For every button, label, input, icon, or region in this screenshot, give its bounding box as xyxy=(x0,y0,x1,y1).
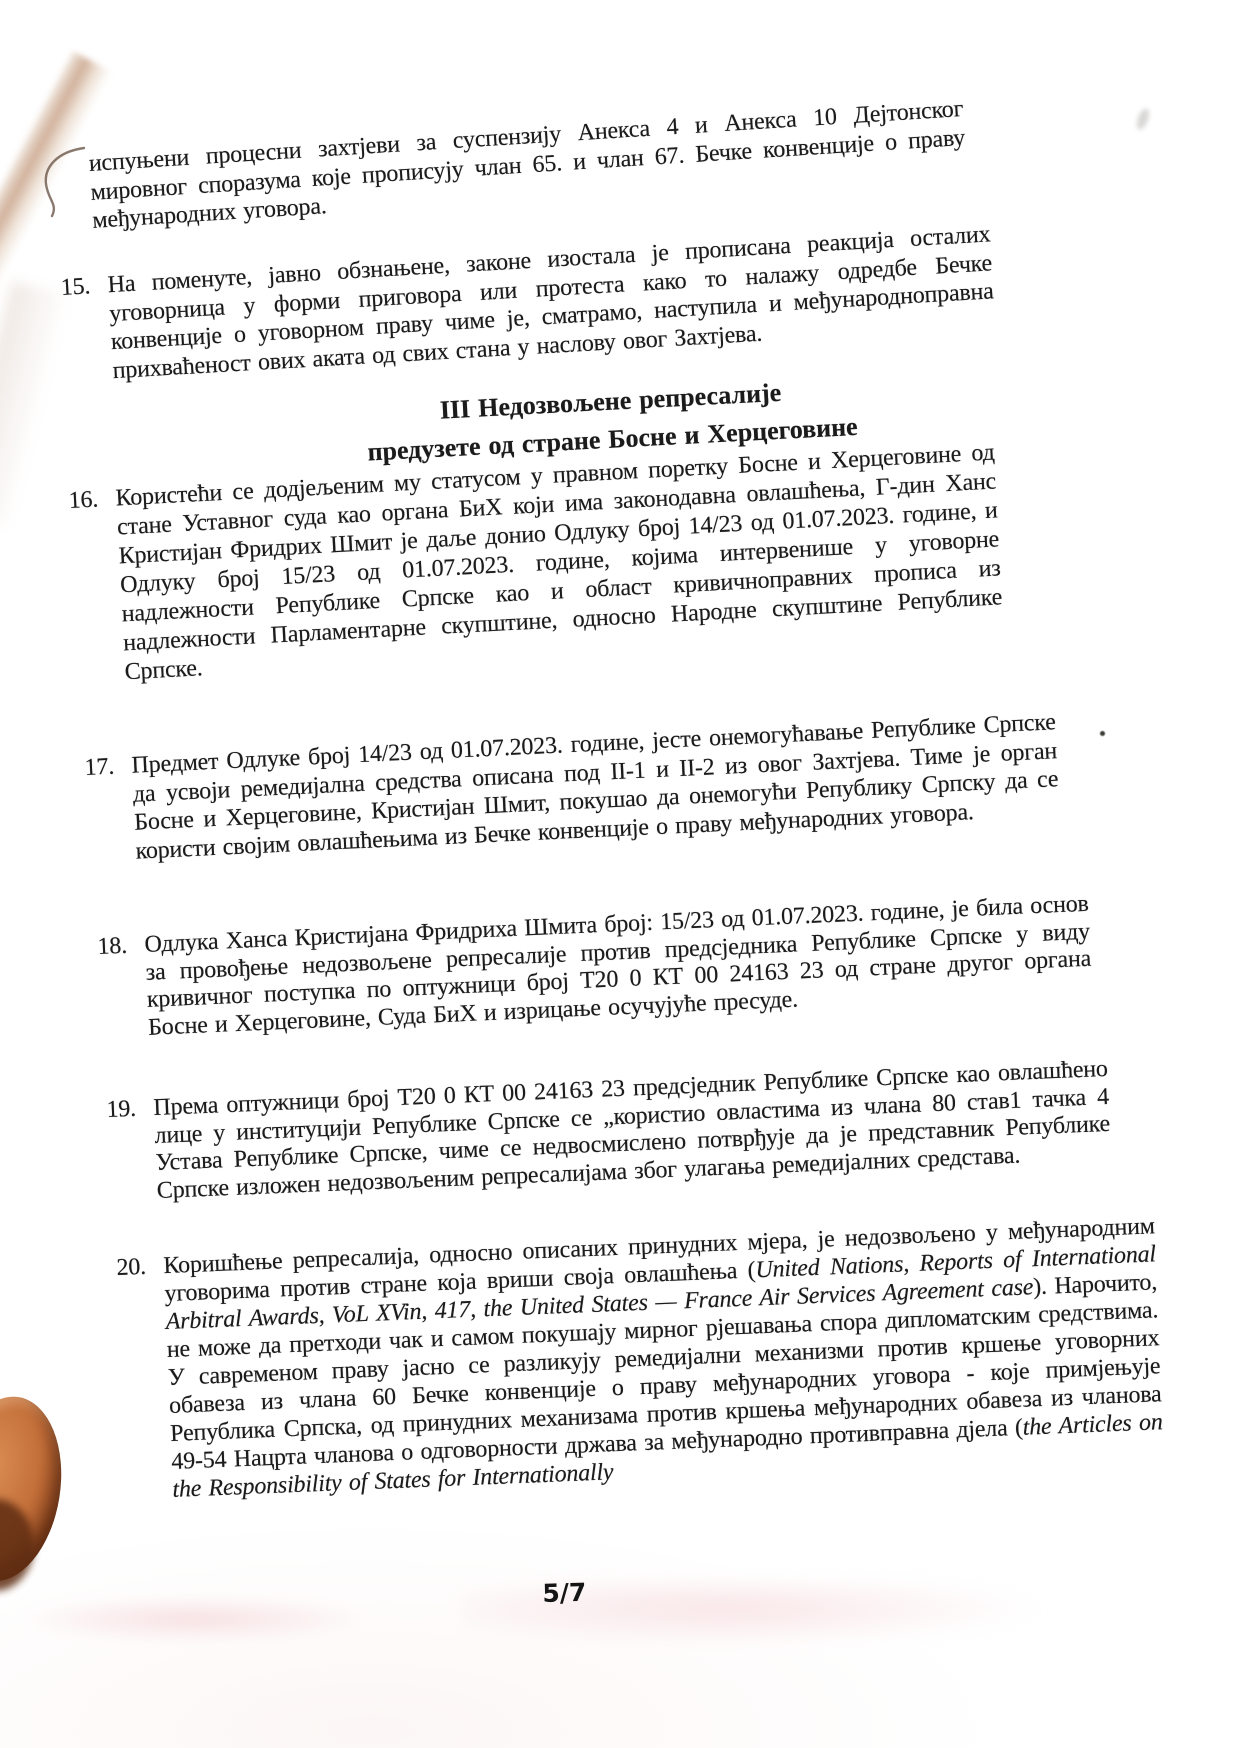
page-fold-shadow-artifact xyxy=(0,281,70,528)
ink-dot-artifact xyxy=(1100,731,1105,736)
paragraph-number: 18. xyxy=(97,932,145,962)
paragraph-text: Користећи се додјељеним му статусом у пр… xyxy=(115,439,1003,685)
page-number: 5/7 xyxy=(542,1579,587,1609)
scan-smudge-artifact xyxy=(1135,107,1152,131)
paragraph-number: 15. xyxy=(60,271,109,302)
paragraph-number: 20. xyxy=(116,1252,164,1282)
paragraph-text: Одлука Ханса Кристијана Фридриха Шмита б… xyxy=(144,891,1092,1041)
pink-smudge-artifact xyxy=(28,1598,358,1640)
paragraph-text: Предмет Одлуке број 14/23 од 01.07.2023.… xyxy=(131,709,1059,864)
paragraph-15: 15.На поменуте, јавно обзнањене, законе … xyxy=(60,220,996,387)
paragraph-text: Према оптужници број Т20 0 КТ 00 24163 2… xyxy=(153,1056,1111,1204)
paragraph-number: 19. xyxy=(106,1095,154,1124)
paragraph-text: На поменуте, јавно обзнањене, законе изо… xyxy=(107,221,994,383)
paragraph-17: 17.Предмет Одлуке број 14/23 од 01.07.20… xyxy=(84,708,1060,868)
paragraph-19: 19.Према оптужници број Т20 0 КТ 00 2416… xyxy=(106,1056,1112,1207)
paragraph-number: 16. xyxy=(68,485,116,516)
continuation-paragraph: испуњени процесни захтјеви за суспензију… xyxy=(88,95,968,235)
paragraph-20: 20.Коришћење репресалија, односно описан… xyxy=(116,1212,1164,1505)
document-page: испуњени процесни захтјеви за суспензију… xyxy=(0,0,1235,1748)
paragraph-16: 16.Користећи се додјељеним му статусом у… xyxy=(68,438,1004,689)
paragraph-18: 18.Одлука Ханса Кристијана Фридриха Шмит… xyxy=(97,891,1093,1044)
paragraph-number: 17. xyxy=(84,752,132,783)
